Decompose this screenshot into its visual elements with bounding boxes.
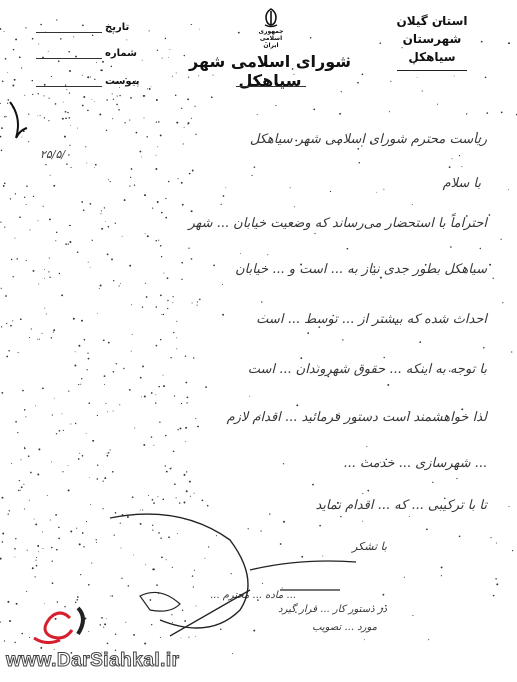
body-line-2: سیاهکل بطور جدی نیاز به ... است و ... خی… [235,262,487,277]
body-line-6: ... شهرسازی ... خدمت ... [343,456,487,471]
province-name: استان گیلان [377,12,487,30]
letterhead-region: استان گیلان شهرستان سیاهکل [377,12,487,71]
body-line-5: لذا خواهشمند است دستور فرمائید ... اقدام… [227,410,487,425]
council-title-underline [236,86,306,87]
salutation-line: ریاست محترم شورای اسلامی شهر سیاهکل [250,132,487,147]
number-label: شماره [105,48,137,59]
note-line-1: ... ماده ... محترم ... [210,590,296,601]
county-name: شهرستان سیاهکل [377,30,487,66]
handwritten-date: ۲۵/۵/۰ [40,148,130,161]
darsiahkal-logo-icon [20,604,90,650]
watermark-url: www.DarSiahkal.ir [6,650,180,672]
letterhead-divider [397,70,467,71]
scanned-letter: استان گیلان شهرستان سیاهکل جمهوری اسلامی… [0,0,517,682]
date-line [36,20,102,33]
body-line-3: احداث شده که بیشتر از ... توسط ... است [256,312,487,327]
date-label: تاریخ [105,22,129,33]
number-line [36,46,102,59]
emblem-caption: جمهوری اسلامی ایران [256,28,286,49]
date-field: تاریخ [36,20,129,33]
note-line-3: مورد ... تصویب [312,622,377,633]
arrow-mark-icon [4,98,30,144]
iran-emblem: جمهوری اسلامی ایران [256,8,286,49]
attachment-label: پیوست [105,76,140,87]
greeting-line: با سلام [443,176,481,191]
council-title: شورای اسلامی شهر سیاهکل [170,52,370,90]
attachment-line [36,74,102,87]
attachment-field: پیوست [36,74,140,87]
body-line-1: احتراماً با استحضار می‌رساند که وضعیت خی… [188,216,487,231]
number-field: شماره [36,46,137,59]
emblem-icon [262,8,280,28]
note-line-2: در دستور کار ... قرار گیرد [278,604,387,615]
body-line-4: با توجه به اینکه ... حقوق شهروندان ... ا… [248,362,487,377]
